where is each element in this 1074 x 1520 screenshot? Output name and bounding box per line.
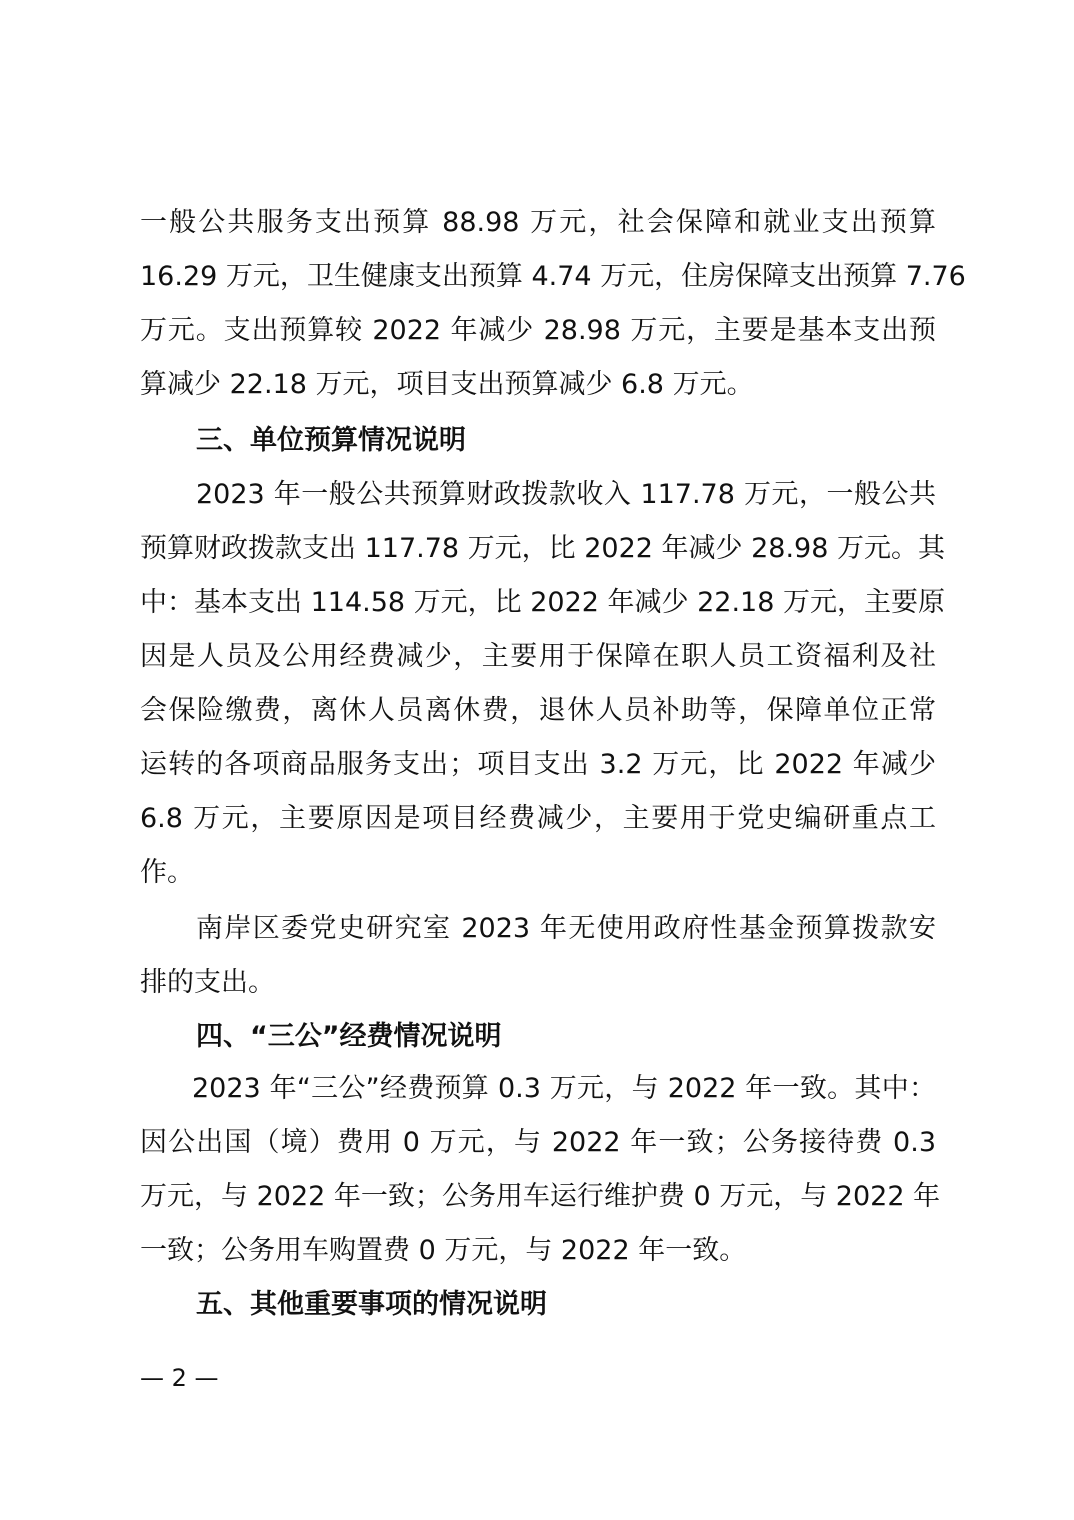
paragraph-line: 一般公共服务支出预算 88.98 万元，社会保障和就业支出预算 bbox=[140, 196, 936, 250]
paragraph-line: 万元。支出预算较 2022 年减少 28.98 万元，主要是基本支出预 bbox=[140, 304, 936, 358]
paragraph-line: 运转的各项商品服务支出；项目支出 3.2 万元，比 2022 年减少 bbox=[140, 738, 936, 792]
paragraph-line: 一致；公务用车购置费 0 万元，与 2022 年一致。 bbox=[140, 1224, 936, 1278]
paragraph-line: 万元，与 2022 年一致；公务用车运行维护费 0 万元，与 2022 年 bbox=[140, 1170, 936, 1224]
paragraph-line: 16.29 万元，卫生健康支出预算 4.74 万元，住房保障支出预算 7.76 bbox=[140, 250, 936, 304]
section-heading-three-public-expenses: 四、“三公”经费情况说明 bbox=[196, 1010, 936, 1064]
paragraph-line: 2023 年一般公共预算财政拨款收入 117.78 万元，一般公共 bbox=[196, 468, 936, 522]
paragraph-line: 2023 年“三公”经费预算 0.3 万元，与 2022 年一致。其中： bbox=[192, 1062, 936, 1116]
paragraph-line: 作。 bbox=[140, 846, 936, 900]
paragraph-line: 6.8 万元，主要原因是项目经费减少，主要用于党史编研重点工 bbox=[140, 792, 936, 846]
page-number: — 2 — bbox=[140, 1358, 219, 1398]
paragraph-line: 预算财政拨款支出 117.78 万元，比 2022 年减少 28.98 万元。其 bbox=[140, 522, 936, 576]
paragraph-line: 南岸区委党史研究室 2023 年无使用政府性基金预算拨款安 bbox=[196, 902, 936, 956]
paragraph-line: 会保险缴费，离休人员离休费，退休人员补助等，保障单位正常 bbox=[140, 684, 936, 738]
paragraph-line: 因是人员及公用经费减少，主要用于保障在职人员工资福利及社 bbox=[140, 630, 936, 684]
section-heading-unit-budget: 三、单位预算情况说明 bbox=[196, 414, 936, 468]
paragraph-line: 排的支出。 bbox=[140, 956, 936, 1010]
paragraph-line: 因公出国（境）费用 0 万元，与 2022 年一致；公务接待费 0.3 bbox=[140, 1116, 936, 1170]
paragraph-line: 算减少 22.18 万元，项目支出预算减少 6.8 万元。 bbox=[140, 358, 936, 412]
section-heading-other-matters: 五、其他重要事项的情况说明 bbox=[196, 1278, 936, 1332]
paragraph-line: 中：基本支出 114.58 万元，比 2022 年减少 22.18 万元，主要原 bbox=[140, 576, 936, 630]
